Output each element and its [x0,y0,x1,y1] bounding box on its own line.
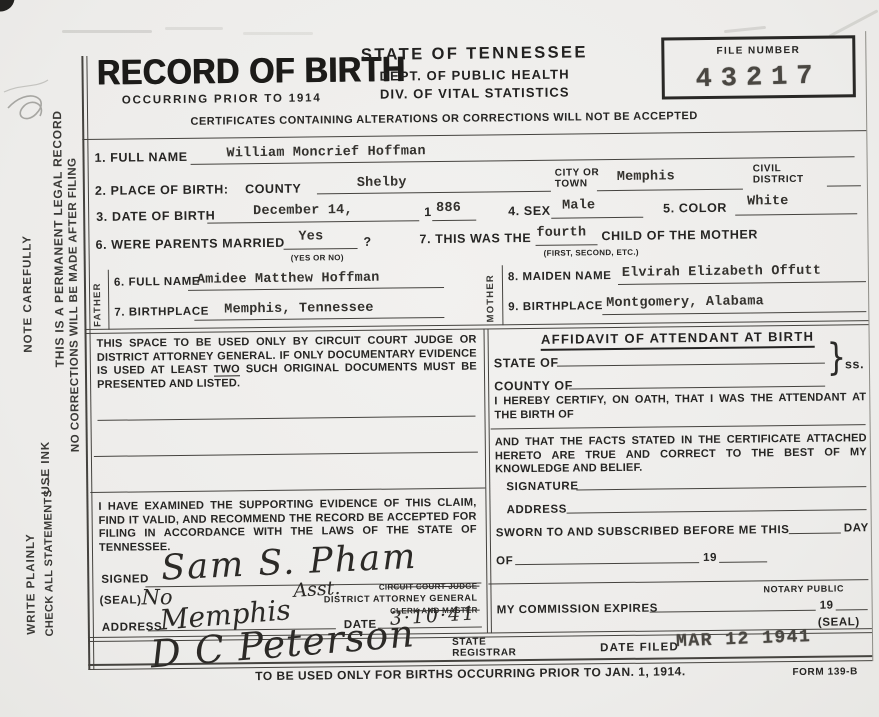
ss-brace: } [827,340,847,378]
agency-div: DIV. OF VITAL STATISTICS [346,85,604,101]
underline [650,610,816,613]
father-name-label: 6. FULL NAME [114,276,200,290]
facts-statement: AND THAT THE FACTS STATED IN THE CERTIFI… [495,432,867,477]
blank-writing-line [94,452,478,457]
margin-permanent-record: THIS IS A PERMANENT LEGAL RECORD [51,110,66,367]
underline [618,281,866,285]
agency-state: STATE OF TENNESSEE [345,44,603,63]
underline [836,609,868,610]
underline [557,363,825,367]
child-order-label-pre: 7. THIS WAS THE [419,231,531,247]
mother-maiden-value: Elvirah Elizabeth Offutt [622,265,821,281]
underline [284,248,358,250]
underline [569,386,825,390]
underline [789,532,841,534]
year-19-label: 19 [703,552,717,565]
column-divider-b [487,328,491,633]
child-order-hint: (FIRST, SECOND, ETC.) [544,248,639,258]
parents-married-value: Yes [298,230,323,244]
commission-label: MY COMMISSION EXPIRES [497,603,658,618]
underline [194,317,444,321]
parents-married-hint: (YES OR NO) [291,253,344,263]
blank-writing-line [491,424,866,429]
mother-label-divider [502,265,504,325]
notice-divider [82,130,866,140]
mother-birthplace-value: Montgomery, Alabama [606,295,764,310]
file-number-box: FILE NUMBER 43217 [661,35,856,99]
underline [432,220,476,221]
asst-handwritten: Asst. [293,579,341,601]
notary-public-label: NOTARY PUBLIC [763,583,844,594]
underline [567,509,867,513]
place-of-birth-labels: 2. PLACE OF BIRTH: COUNTY [95,180,302,200]
file-number-stamp: 43217 [664,60,853,95]
underline [515,562,699,565]
form-number: FORM 139-B [792,666,858,678]
underline [551,217,643,219]
place-label: 2. PLACE OF BIRTH: [95,182,229,198]
margin-write-plainly: WRITE PLAINLY [26,533,39,635]
certify-statement: I HEREBY CERTIFY, ON OATH, THAT I WAS TH… [494,391,866,422]
date-filed-stamp: MAR 12 1941 [676,627,812,652]
underline [317,191,551,195]
agency-block: STATE OF TENNESSEE DEPT. OF PUBLIC HEALT… [345,44,604,100]
state-registrar-label-2: REGISTRAR [452,647,516,659]
father-name-value: Amidee Matthew Hoffman [197,272,380,288]
underline [207,220,419,223]
full-name-label: 1. FULL NAME [94,150,187,165]
sex-label: 4. SEX [508,204,551,219]
affidavit-address-label: ADDRESS [506,504,567,518]
city-or-town-label-1: CITY OR [555,167,600,179]
margin-check-all-statements: CHECK ALL STATEMENTS — [43,475,56,637]
court-instructions: THIS SPACE TO BE USED ONLY BY CIRCUIT CO… [97,334,478,393]
mother-section-label: MOTHER [486,274,496,322]
underline [827,185,861,186]
father-label-divider [108,270,110,330]
seal-label: (SEAL) [99,594,141,608]
agency-dept: DEPT. OF PUBLIC HEALTH [346,67,604,83]
underline [188,287,444,291]
affidavit-title: AFFIDAVIT OF ATTENDANT AT BIRTH [541,329,815,351]
father-birthplace-value: Memphis, Tennessee [224,302,374,317]
mother-birthplace-label: 9. BIRTHPLACE [508,300,603,314]
alterations-notice: CERTIFICATES CONTAINING ALTERATIONS OR C… [134,109,754,129]
scanned-birth-record: NOTE CAREFULLY USE INK WRITE PLAINLY CHE… [0,0,879,717]
court-box-separator [90,488,485,493]
civil-district-label-2: DISTRICT [753,174,804,186]
date-filed-label: DATE FILED [600,641,679,655]
dob-label: 3. DATE OF BIRTH [96,209,215,225]
city-or-town-label-2: TOWN [555,178,588,190]
affidavit-seal-label: (SEAL) [818,616,860,630]
child-order-label-post: CHILD OF THE MOTHER [601,227,758,243]
ss-label: ss. [845,357,864,372]
dob-year-prefix: 1 [424,205,432,219]
underline [735,213,857,215]
dob-value: December 14, [253,204,353,219]
full-name-value: William Moncrief Hoffman [226,145,425,161]
city-value: Memphis [617,170,675,184]
underline [576,486,866,490]
form-right-border [865,31,873,661]
affidavit-title-wrap: AFFIDAVIT OF ATTENDANT AT BIRTH [492,327,864,349]
blank-writing-line [98,416,476,421]
father-section-label: FATHER [93,282,103,327]
underline [536,244,598,246]
county-label: COUNTY [245,182,302,197]
dob-year-value: 886 [436,202,461,216]
color-label: 5. COLOR [663,201,727,216]
of-label: OF [496,555,513,568]
signed-signature: Sam S. Pham [160,540,418,587]
day-label: DAY [844,522,869,536]
state-of-label: STATE OF [494,356,559,371]
court-instructions-two: TWO [214,363,240,376]
county-of-label: COUNTY OF [494,379,573,394]
color-value: White [747,195,789,209]
father-birthplace-label: 7. BIRTHPLACE [114,306,209,320]
mother-maiden-label: 8. MAIDEN NAME [508,270,612,284]
underline [719,561,767,563]
sex-value: Male [562,199,595,213]
year-19-label-b: 19 [820,600,834,613]
parents-married-label: 6. WERE PARENTS MARRIED [95,236,284,253]
margin-no-corrections: NO CORRECTIONS WILL BE MADE AFTER FILING [68,157,83,452]
parents-married-qmark: ? [363,235,371,249]
file-number-label: FILE NUMBER [664,44,852,58]
child-order-value: fourth [536,226,586,240]
title-subtitle: OCCURRING PRIOR TO 1914 [122,92,322,107]
underline [602,311,866,315]
sworn-label: SWORN TO AND SUBSCRIBED BEFORE ME THIS [496,524,790,541]
county-value: Shelby [357,176,407,190]
underline [597,189,743,192]
margin-note-carefully: NOTE CAREFULLY [22,235,35,353]
signature-label: SIGNATURE [506,480,578,494]
